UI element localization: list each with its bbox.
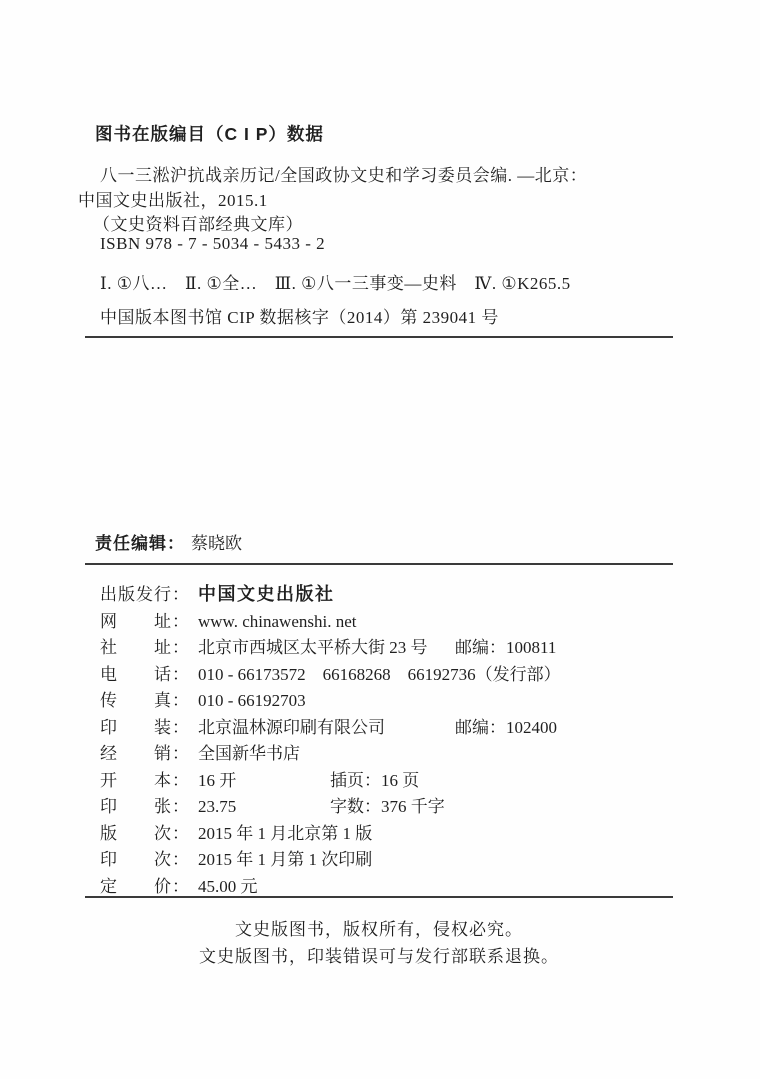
pub-label: 社 址： bbox=[100, 638, 190, 657]
isbn-line: ISBN 978 - 7 - 5034 - 5433 - 2 bbox=[100, 234, 325, 254]
pub-label: 印 张： bbox=[100, 797, 190, 816]
address-value: 北京市西城区太平桥大街 23 号 bbox=[198, 638, 428, 657]
editor-label: 责任编辑： bbox=[95, 534, 185, 553]
pub-row-address: 社 址：北京市西城区太平桥大街 23 号 邮编：100811 bbox=[100, 633, 673, 660]
printer-value: 北京温林源印刷有限公司 bbox=[198, 718, 385, 737]
pub-label: 印 装： bbox=[100, 718, 190, 737]
cip-publisher-line: 中国文史出版社，2015.1 bbox=[78, 186, 268, 211]
format-value: 16 开 bbox=[198, 771, 236, 790]
price-value: 45.00 元 bbox=[198, 877, 258, 896]
word-count-value: 字数：376 千字 bbox=[330, 792, 445, 817]
pub-row-price: 定 价：45.00 元 bbox=[100, 872, 673, 899]
pub-row-publisher: 出版发行：中国文史出版社 bbox=[100, 580, 673, 607]
cip-section-title: 图书在版编目（C I P）数据 bbox=[95, 121, 324, 146]
website-url: www. chinawenshi. net bbox=[198, 612, 356, 631]
insert-pages-value: 插页：16 页 bbox=[330, 766, 419, 791]
postcode-value: 邮编：100811 bbox=[455, 633, 556, 658]
editor-row: 责任编辑：蔡晓欧 bbox=[95, 529, 242, 554]
pub-row-format: 开 本：16 开 插页：16 页 bbox=[100, 766, 673, 793]
editor-name: 蔡晓欧 bbox=[191, 534, 242, 553]
pub-row-sheets: 印 张：23.75 字数：376 千字 bbox=[100, 792, 673, 819]
divider-top bbox=[85, 336, 673, 338]
sheets-value: 23.75 bbox=[198, 797, 236, 816]
distributor-value: 全国新华书店 bbox=[198, 744, 300, 763]
pub-label: 印 次： bbox=[100, 850, 190, 869]
pub-label: 版 次： bbox=[100, 824, 190, 843]
edition-value: 2015 年 1 月北京第 1 版 bbox=[198, 824, 372, 843]
phone-value: 010 - 66173572 66168268 66192736（发行部） bbox=[198, 665, 561, 684]
pub-row-fax: 传 真：010 - 66192703 bbox=[100, 686, 673, 713]
printer-postcode-value: 邮编：102400 bbox=[455, 713, 557, 738]
cip-record-number-line: 中国版本图书馆 CIP 数据核字（2014）第 239041 号 bbox=[100, 303, 499, 328]
publication-info: 出版发行：中国文史出版社 网 址：www. chinawenshi. net 社… bbox=[100, 580, 673, 898]
pub-label: 传 真： bbox=[100, 691, 190, 710]
copyright-page: 图书在版编目（C I P）数据 八一三淞沪抗战亲历记/全国政协文史和学习委员会编… bbox=[0, 0, 760, 1079]
copyright-notice: 文史版图书，版权所有，侵权必究。 bbox=[85, 915, 673, 940]
pub-label: 经 销： bbox=[100, 744, 190, 763]
fax-value: 010 - 66192703 bbox=[198, 691, 306, 710]
pub-row-website: 网 址：www. chinawenshi. net bbox=[100, 607, 673, 634]
cip-title-author-line: 八一三淞沪抗战亲历记/全国政协文史和学习委员会编. —北京： bbox=[100, 161, 587, 186]
pub-label: 电 话： bbox=[100, 665, 190, 684]
pub-label: 网 址： bbox=[100, 612, 190, 631]
pub-label: 定 价： bbox=[100, 877, 190, 896]
return-policy-notice: 文史版图书，印装错误可与发行部联系退换。 bbox=[85, 942, 673, 967]
pub-row-phone: 电 话：010 - 66173572 66168268 66192736（发行部… bbox=[100, 660, 673, 687]
divider-middle bbox=[85, 563, 673, 565]
pub-row-printing: 印 次：2015 年 1 月第 1 次印刷 bbox=[100, 845, 673, 872]
pub-label: 开 本： bbox=[100, 771, 190, 790]
pub-row-printer: 印 装：北京温林源印刷有限公司 邮编：102400 bbox=[100, 713, 673, 740]
cip-classification-line: Ⅰ. ①八… Ⅱ. ①全… Ⅲ. ①八一三事变—史料 Ⅳ. ①K265.5 bbox=[100, 269, 571, 294]
publisher-name: 中国文史出版社 bbox=[198, 584, 335, 604]
pub-row-distributor: 经 销：全国新华书店 bbox=[100, 739, 673, 766]
printing-value: 2015 年 1 月第 1 次印刷 bbox=[198, 850, 372, 869]
pub-row-edition: 版 次：2015 年 1 月北京第 1 版 bbox=[100, 819, 673, 846]
divider-bottom bbox=[85, 896, 673, 898]
pub-label: 出版发行： bbox=[100, 585, 190, 604]
cip-series-line: （文史资料百部经典文库） bbox=[93, 210, 303, 235]
